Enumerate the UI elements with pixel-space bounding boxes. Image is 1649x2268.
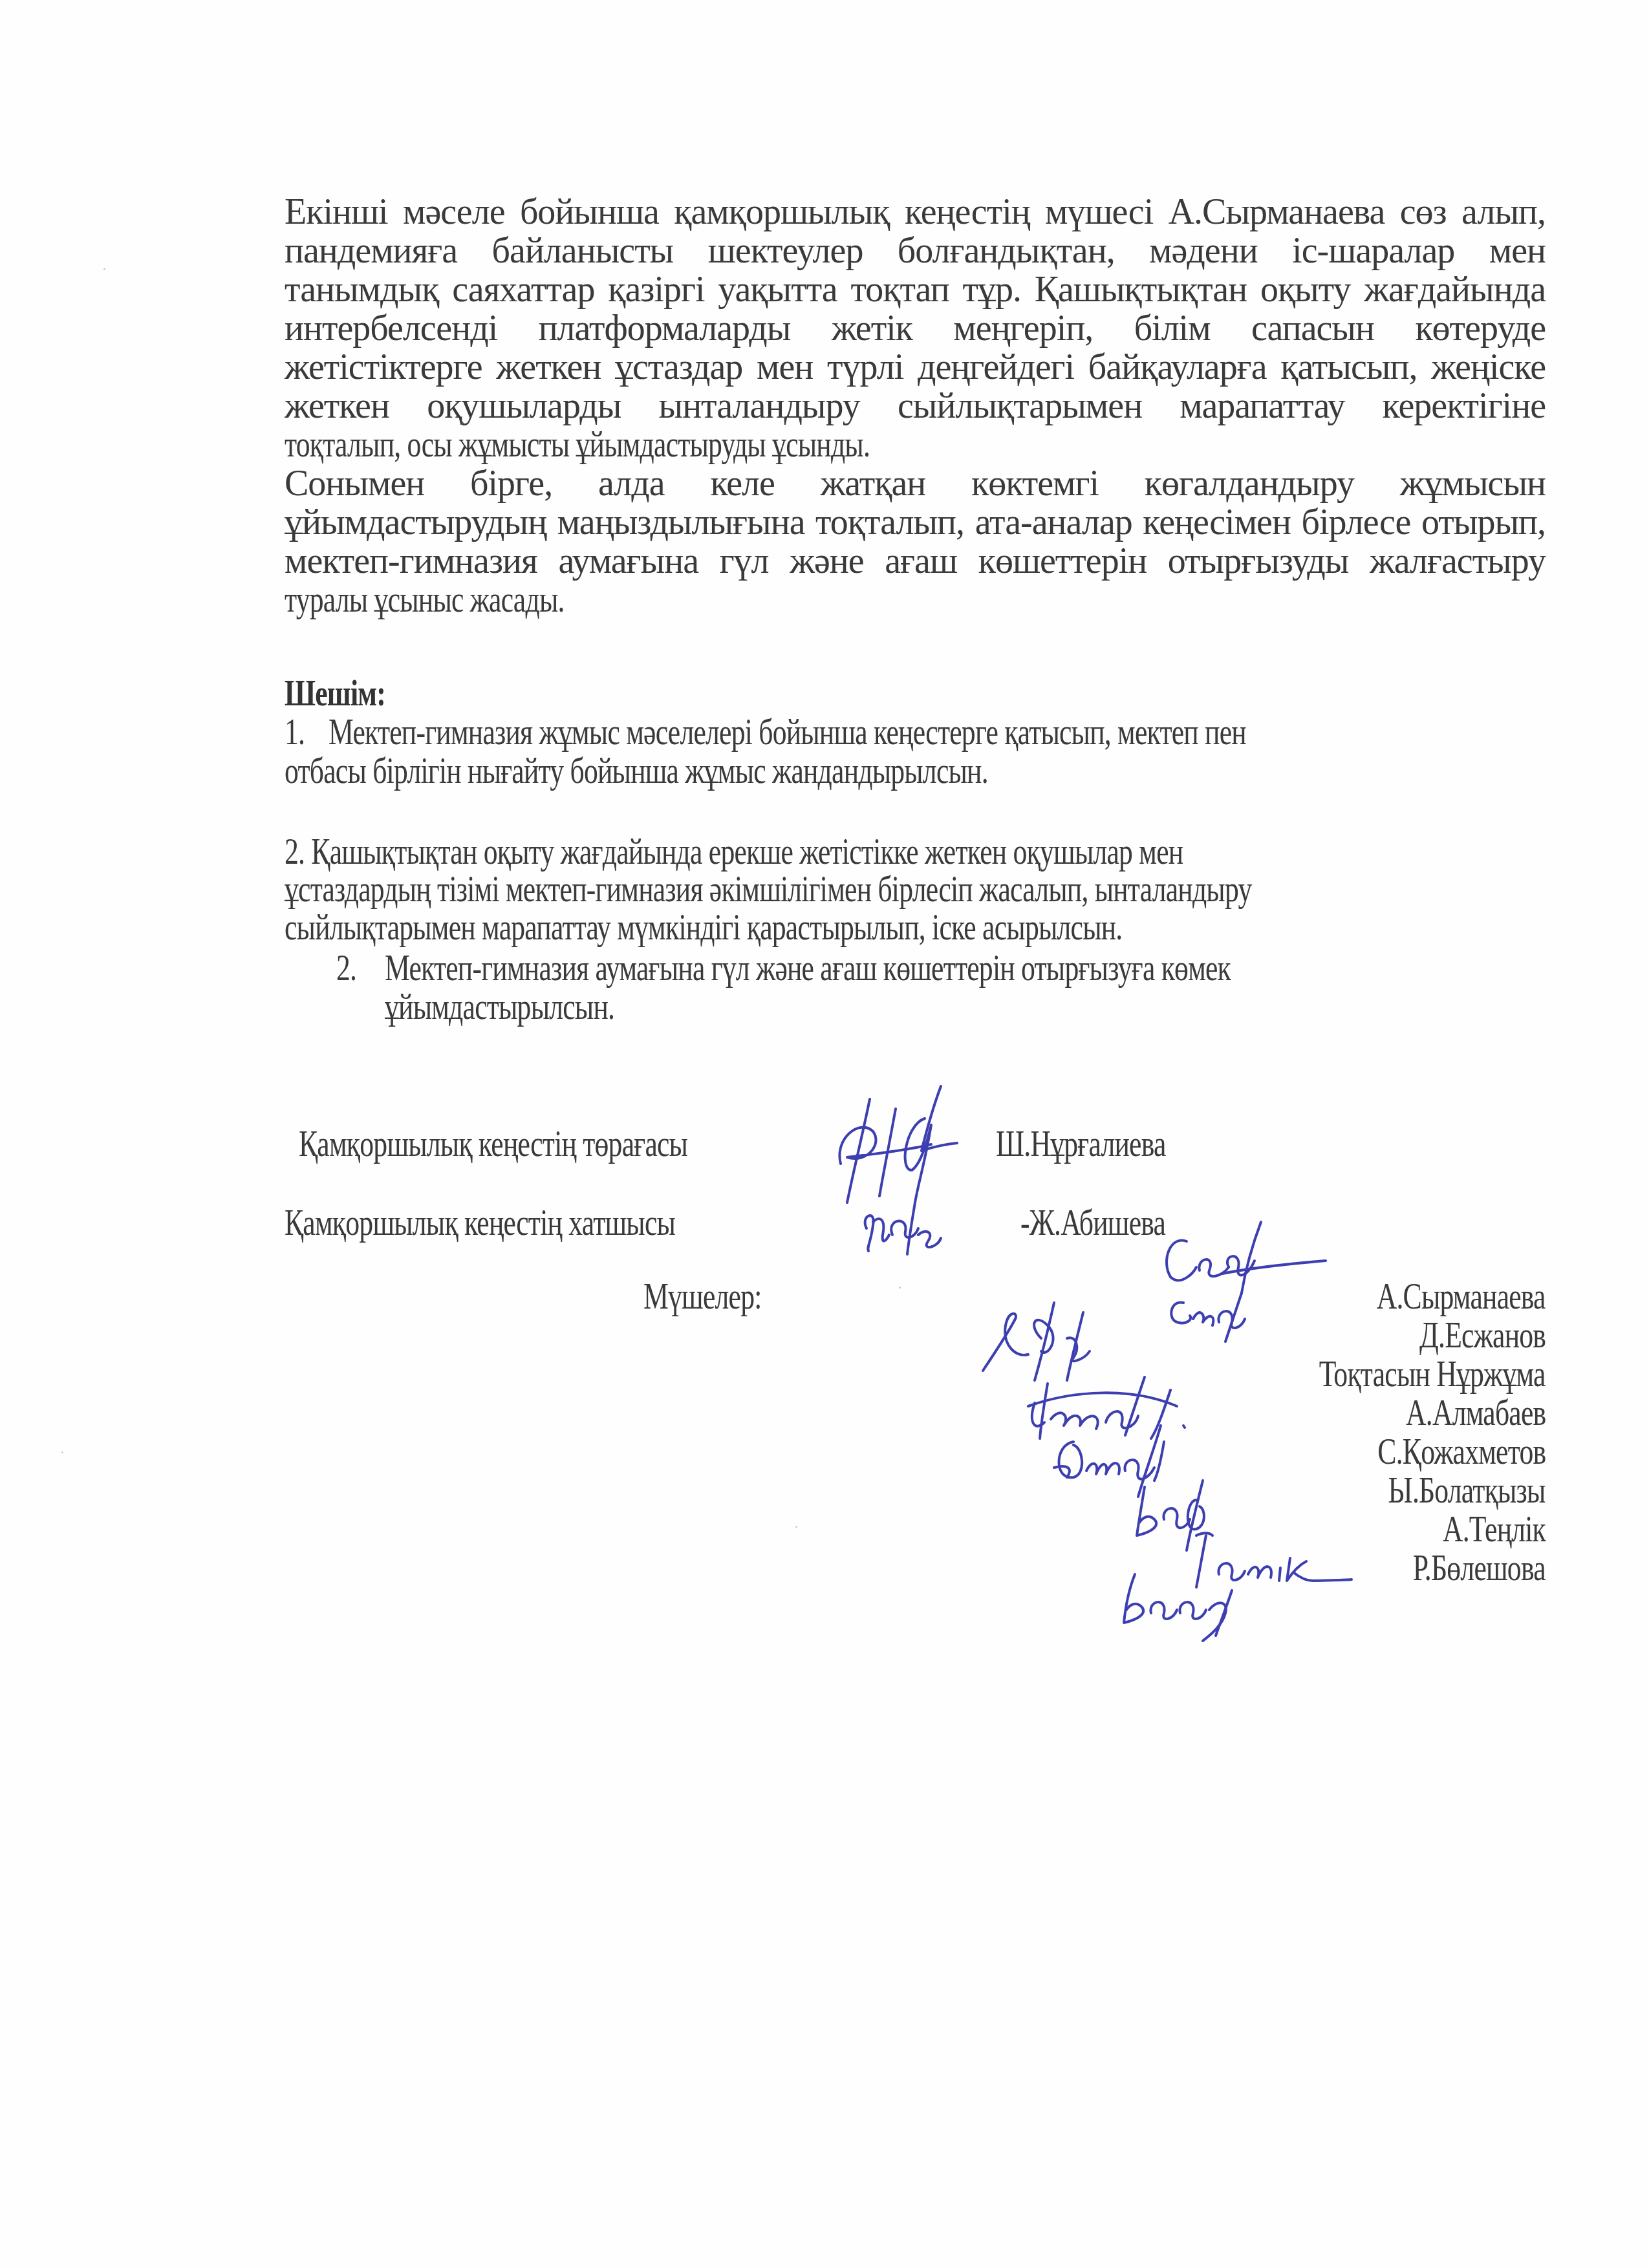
text-line: танымдық саяхаттар қазіргі уақытта тоқта… (285, 272, 1546, 308)
scan-speck (795, 1526, 797, 1528)
text-line: жеткен оқушыларды ынталандыру сыйлықтары… (285, 388, 1546, 424)
item-text: ұйымдастырылсын. (385, 989, 614, 1025)
document-page: Екінші мәселе бойынша қамқоршылық кеңест… (0, 0, 1649, 2268)
item-text: отбасы бірлігін нығайту бойынша жұмыс жа… (285, 753, 988, 789)
text-line: интербелсенді платформаларды жетік меңге… (285, 310, 1546, 347)
text-line: туралы ұсыныс жасады. (285, 582, 565, 618)
scan-speck (103, 268, 105, 270)
chair-name: Ш.Нұрғалиева (996, 1126, 1166, 1162)
member-name: Р.Бөлешова (1099, 1550, 1546, 1589)
secretary-name: -Ж.Абишева (1020, 1205, 1165, 1241)
member-name: Тоқтасын Нұржұма (1099, 1356, 1546, 1395)
item-text: Мектеп-гимназия жұмыс мәселелері бойынша… (329, 714, 1246, 751)
item-number: 1. (285, 714, 305, 751)
member-name: С.Қожахметов (1099, 1434, 1546, 1473)
members-label: Мүшелер: (643, 1279, 762, 1315)
chair-role: Қамқоршылық кеңестің төрағасы (299, 1126, 687, 1162)
scan-speck (899, 1287, 901, 1289)
chair-signature (834, 1073, 1015, 1222)
member-name: А.Алмабаев (1099, 1395, 1546, 1434)
text-line: тоқталып, осы жұмысты ұйымдастыруды ұсын… (285, 427, 870, 463)
decision-heading: Шешім: (285, 676, 385, 712)
member-name: А.Сырманаева (1099, 1279, 1546, 1318)
text-line: мектеп-гимназия аумағына гүл және ағаш к… (285, 543, 1546, 579)
text-line: Сонымен бірге, алда келе жатқан көктемгі… (285, 465, 1546, 502)
text-line: пандемияға байланысты шектеулер болғанды… (285, 233, 1546, 269)
scan-speck (61, 1451, 63, 1453)
item-text: ұстаздардың тізімі мектеп-гимназия әкімш… (285, 872, 1251, 908)
item-text: сыйлықтарымен марапаттау мүмкіндігі қара… (285, 910, 1122, 946)
member-name: Д.Есжанов (1099, 1318, 1546, 1356)
item-number: 2. (336, 950, 356, 987)
text-line: Екінші мәселе бойынша қамқоршылық кеңест… (285, 194, 1546, 230)
secretary-role: Қамқоршылық кеңестің хатшысы (285, 1205, 675, 1241)
text-line: ұйымдастырудың маңыздылығына тоқталып, а… (285, 504, 1546, 540)
members-list: А.Сырманаева Д.Есжанов Тоқтасын Нұржұма … (1099, 1279, 1546, 1589)
item-text: 2. Қашықтықтан оқыту жағдайында ерекше ж… (285, 834, 1183, 870)
item-text: Мектеп-гимназия аумағына гүл және ағаш к… (385, 950, 1231, 987)
text-line: жетістіктерге жеткен ұстаздар мен түрлі … (285, 349, 1546, 385)
secretary-signature (857, 1190, 986, 1261)
member-name: Ы.Болатқызы (1099, 1473, 1546, 1512)
member-name: А.Теңлік (1099, 1512, 1546, 1550)
